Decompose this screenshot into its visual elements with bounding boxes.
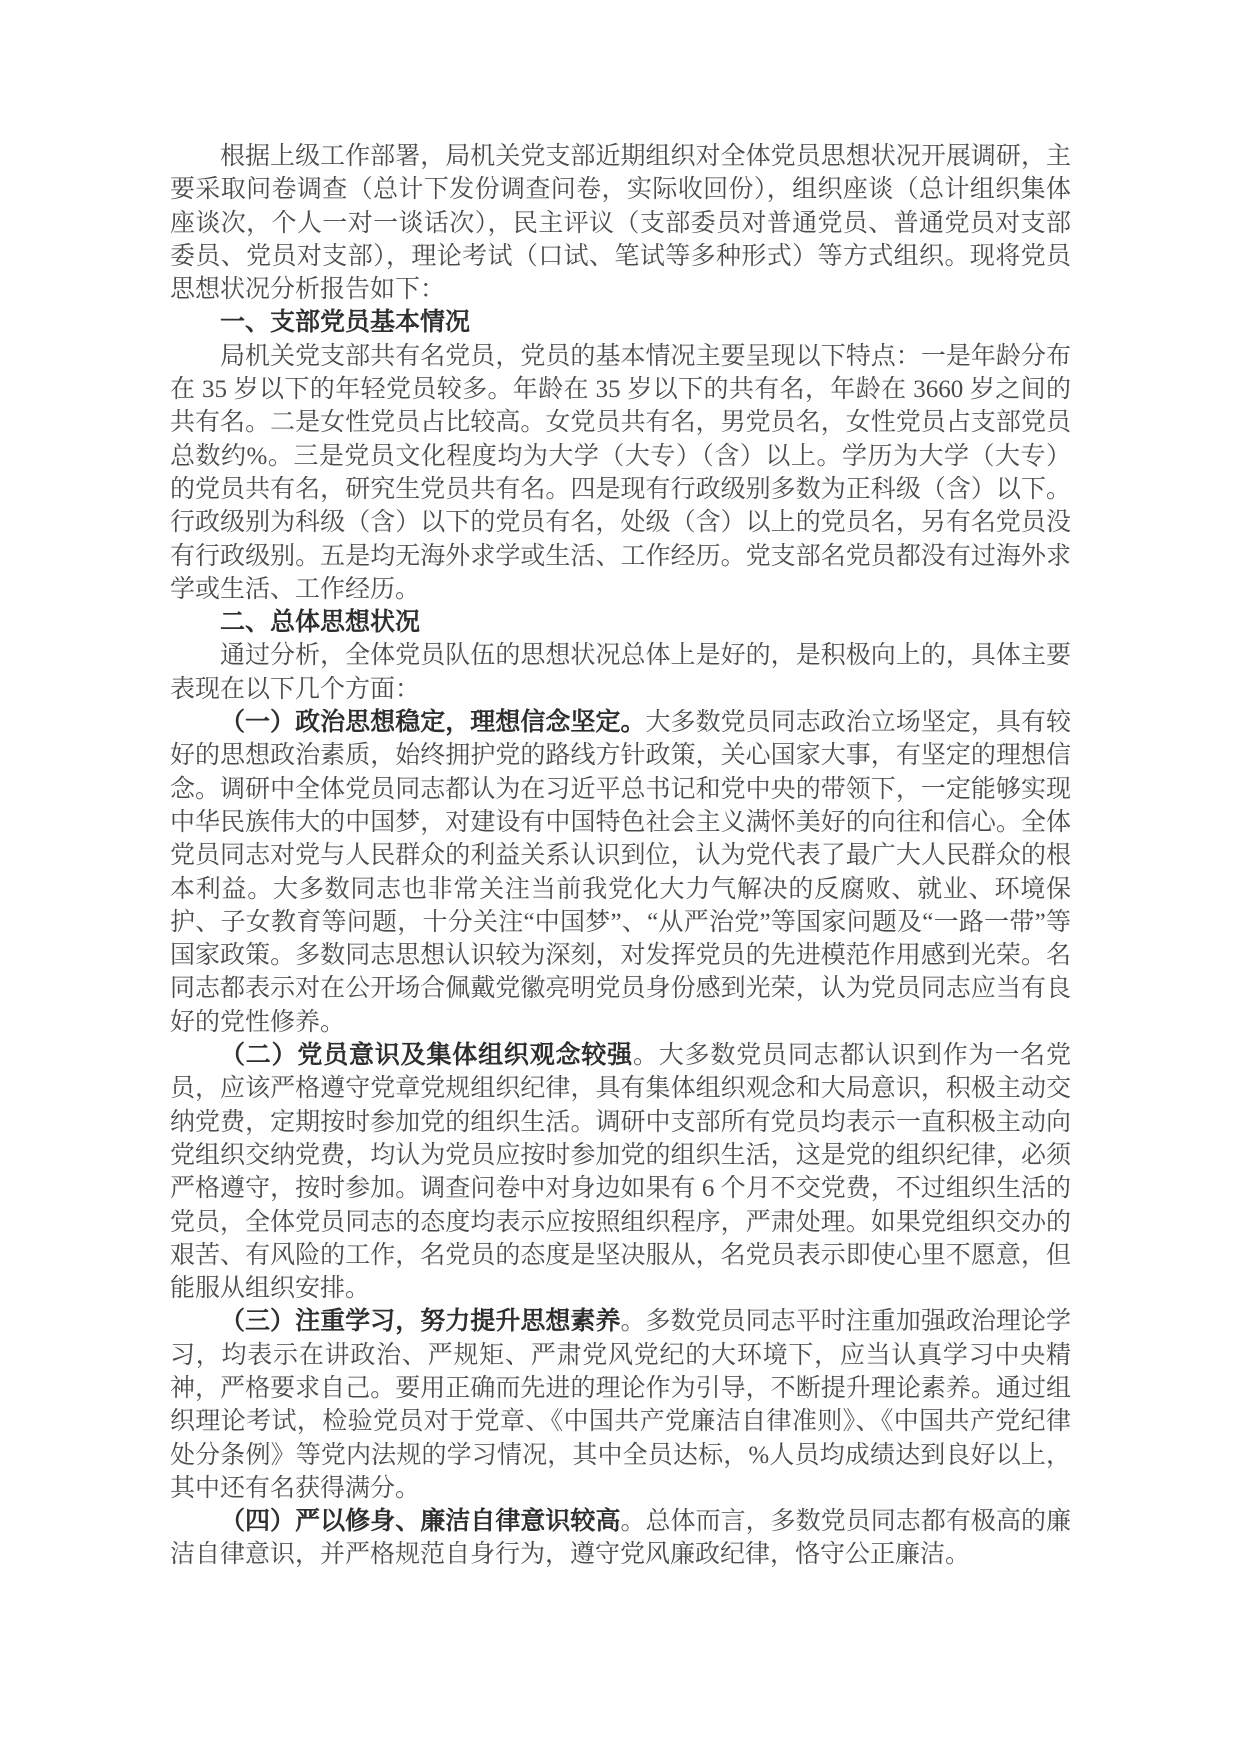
point-paragraph-4: （四）严以修身、廉洁自律意识较高。总体而言，多数党员同志都有极高的廉洁自律意识，… xyxy=(170,1505,1071,1572)
point-2-head: （二）党员意识及集体组织观念较强 xyxy=(220,1041,633,1069)
section-1-body: 局机关党支部共有名党员，党员的基本情况主要呈现以下特点：一是年龄分布在 35 岁… xyxy=(170,340,1071,606)
point-2-body: 。大多数党员同志都认识到作为一名党员，应该严格遵守党章党规组织纪律，具有集体组织… xyxy=(170,1042,1071,1302)
section-2-heading: 二、总体思想状况 xyxy=(170,606,1071,639)
point-paragraph-2: （二）党员意识及集体组织观念较强。大多数党员同志都认识到作为一名党员，应该严格遵… xyxy=(170,1039,1071,1305)
point-3-head: （三）注重学习，努力提升思想素养 xyxy=(220,1307,620,1335)
section-1-heading: 一、支部党员基本情况 xyxy=(170,306,1071,339)
point-1-body: 大多数党员同志政治立场坚定，具有较好的思想政治素质，始终拥护党的路线方针政策，关… xyxy=(170,709,1071,1036)
point-4-head: （四）严以修身、廉洁自律意识较高 xyxy=(220,1507,620,1535)
document-body: 根据上级工作部署，局机关党支部近期组织对全体党员思想状况开展调研，主要采取问卷调… xyxy=(170,140,1071,1572)
point-1-head: （一）政治思想稳定，理想信念坚定。 xyxy=(220,708,646,736)
point-paragraph-1: （一）政治思想稳定，理想信念坚定。大多数党员同志政治立场坚定，具有较好的思想政治… xyxy=(170,706,1071,1039)
intro-paragraph: 根据上级工作部署，局机关党支部近期组织对全体党员思想状况开展调研，主要采取问卷调… xyxy=(170,140,1071,306)
point-paragraph-3: （三）注重学习，努力提升思想素养。多数党员同志平时注重加强政治理论学习，均表示在… xyxy=(170,1305,1071,1505)
section-2-lead: 通过分析，全体党员队伍的思想状况总体上是好的，是积极向上的，具体主要表现在以下几… xyxy=(170,639,1071,706)
point-3-body: 。多数党员同志平时注重加强政治理论学习，均表示在讲政治、严规矩、严肃党风党纪的大… xyxy=(170,1308,1071,1501)
